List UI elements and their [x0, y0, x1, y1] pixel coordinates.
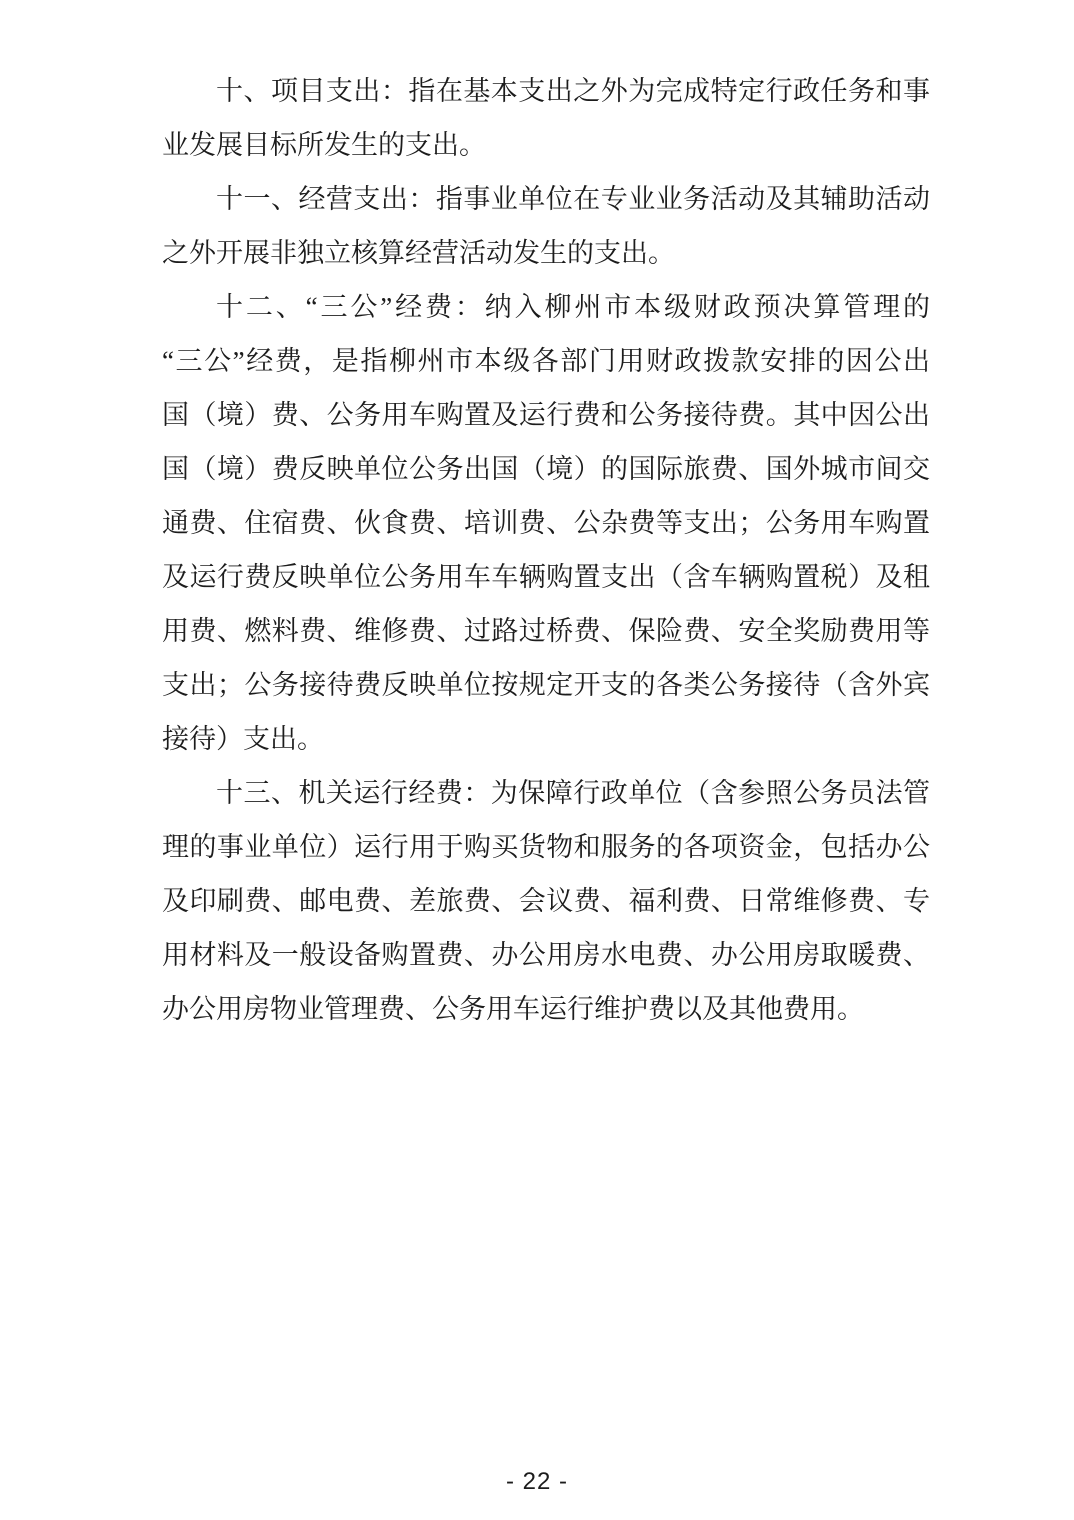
text-line: 十一、经营支出：指事业单位在专业业务活动及其辅助活动: [162, 172, 930, 226]
text-line: “三公”经费，是指柳州市本级各部门用财政拨款安排的因公出: [162, 334, 930, 388]
text-line: 之外开展非独立核算经营活动发生的支出。: [162, 226, 930, 280]
paragraph-item-13: 十三、机关运行经费：为保障行政单位（含参照公务员法管 理的事业单位）运行用于购买…: [162, 766, 930, 1036]
page-footer: - 22 -: [0, 1468, 1074, 1496]
text-line: 国（境）费、公务用车购置及运行费和公务接待费。其中因公出: [162, 388, 930, 442]
paragraph-item-11: 十一、经营支出：指事业单位在专业业务活动及其辅助活动 之外开展非独立核算经营活动…: [162, 172, 930, 280]
document-body: 十、项目支出：指在基本支出之外为完成特定行政任务和事 业发展目标所发生的支出。 …: [162, 64, 930, 1036]
text-line: 国（境）费反映单位公务出国（境）的国际旅费、国外城市间交: [162, 442, 930, 496]
text-line: 支出；公务接待费反映单位按规定开支的各类公务接待（含外宾: [162, 658, 930, 712]
text-line: 十二、“三公”经费：纳入柳州市本级财政预决算管理的: [162, 280, 930, 334]
text-line: 办公用房物业管理费、公务用车运行维护费以及其他费用。: [162, 982, 930, 1036]
text-line: 用费、燃料费、维修费、过路过桥费、保险费、安全奖励费用等: [162, 604, 930, 658]
document-page: 十、项目支出：指在基本支出之外为完成特定行政任务和事 业发展目标所发生的支出。 …: [0, 0, 1074, 1520]
text-line: 十三、机关运行经费：为保障行政单位（含参照公务员法管: [162, 766, 930, 820]
text-line: 理的事业单位）运行用于购买货物和服务的各项资金，包括办公: [162, 820, 930, 874]
text-line: 通费、住宿费、伙食费、培训费、公杂费等支出；公务用车购置: [162, 496, 930, 550]
paragraph-item-10: 十、项目支出：指在基本支出之外为完成特定行政任务和事 业发展目标所发生的支出。: [162, 64, 930, 172]
text-line: 接待）支出。: [162, 712, 930, 766]
text-line: 及运行费反映单位公务用车车辆购置支出（含车辆购置税）及租: [162, 550, 930, 604]
text-line: 及印刷费、邮电费、差旅费、会议费、福利费、日常维修费、专: [162, 874, 930, 928]
paragraph-item-12: 十二、“三公”经费：纳入柳州市本级财政预决算管理的 “三公”经费，是指柳州市本级…: [162, 280, 930, 766]
page-number: - 22 -: [506, 1468, 568, 1495]
text-line: 十、项目支出：指在基本支出之外为完成特定行政任务和事: [162, 64, 930, 118]
text-line: 用材料及一般设备购置费、办公用房水电费、办公用房取暖费、: [162, 928, 930, 982]
text-line: 业发展目标所发生的支出。: [162, 118, 930, 172]
